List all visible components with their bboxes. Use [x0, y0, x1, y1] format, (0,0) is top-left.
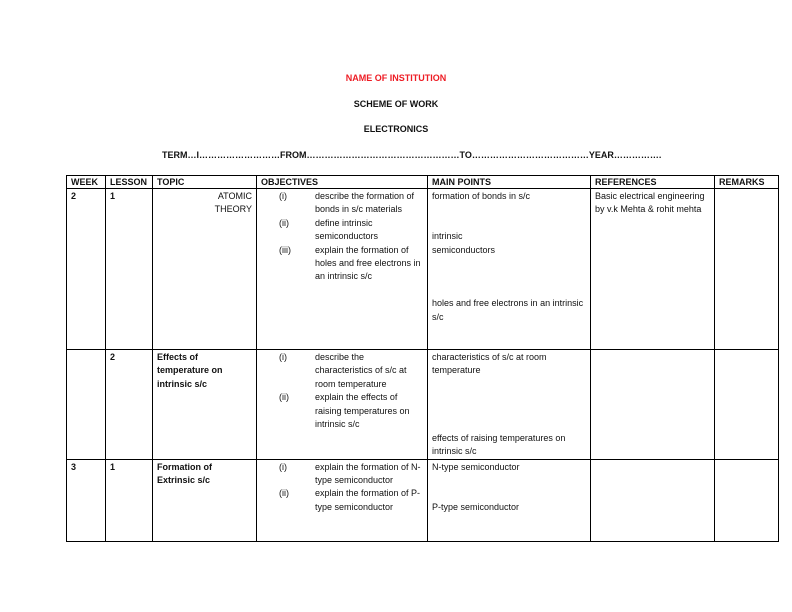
col-topic: TOPIC — [153, 176, 257, 189]
objective-text: explain the effects of raising temperatu… — [315, 391, 423, 431]
main-points-cell: characteristics of s/c at room temperatu… — [428, 350, 591, 460]
remarks-cell — [715, 459, 779, 541]
topic-cell: Formation of Extrinsic s/c — [153, 459, 257, 541]
objective-text: define intrinsic semiconductors — [315, 217, 423, 244]
objective-item: (ii)define intrinsic semiconductors — [261, 217, 423, 244]
col-main-points: MAIN POINTS — [428, 176, 591, 189]
table-header-row: WEEK LESSON TOPIC OBJECTIVES MAIN POINTS… — [67, 176, 779, 189]
objective-item: (i)explain the formation of N-type semic… — [261, 461, 423, 488]
lesson-cell: 1 — [106, 189, 153, 350]
objective-number: (ii) — [261, 391, 315, 431]
col-remarks: REMARKS — [715, 176, 779, 189]
references-cell — [591, 350, 715, 460]
document-title: SCHEME OF WORK — [0, 99, 792, 109]
lesson-cell: 1 — [106, 459, 153, 541]
objective-text: describe the characteristics of s/c at r… — [315, 351, 423, 391]
week-cell: 3 — [67, 459, 106, 541]
objective-text: explain the formation of holes and free … — [315, 244, 423, 284]
objective-item: (ii)explain the formation of P-type semi… — [261, 487, 423, 514]
objectives-cell: (i)describe the formation of bonds in s/… — [257, 189, 428, 350]
objective-number: (i) — [261, 190, 315, 217]
main-point: effects of raising temperatures on intri… — [432, 432, 586, 459]
main-point: formation of bonds in s/c — [432, 190, 586, 203]
objective-number: (i) — [261, 461, 315, 488]
week-cell — [67, 350, 106, 460]
main-points-cell: N-type semiconductor P-type semiconducto… — [428, 459, 591, 541]
main-point: N-type semiconductor — [432, 461, 586, 474]
references-cell: Basic electrical engineering by v.k Meht… — [591, 189, 715, 350]
topic-text: ATOMIC THEORY — [157, 190, 252, 217]
term-line: TERM…I………………………FROM……………………………………………TO……… — [162, 150, 661, 160]
main-point: characteristics of s/c at room temperatu… — [432, 351, 586, 378]
week-cell: 2 — [67, 189, 106, 350]
objective-item: (ii)explain the effects of raising tempe… — [261, 391, 423, 431]
main-point: holes and free electrons in an intrinsic… — [432, 297, 586, 324]
objective-text: explain the formation of N-type semicond… — [315, 461, 423, 488]
objectives-cell: (i)explain the formation of N-type semic… — [257, 459, 428, 541]
references-cell — [591, 459, 715, 541]
objective-item: (i)describe the formation of bonds in s/… — [261, 190, 423, 217]
col-references: REFERENCES — [591, 176, 715, 189]
remarks-cell — [715, 350, 779, 460]
col-objectives: OBJECTIVES — [257, 176, 428, 189]
objective-text: describe the formation of bonds in s/c m… — [315, 190, 423, 217]
objectives-cell: (i)describe the characteristics of s/c a… — [257, 350, 428, 460]
objective-number: (ii) — [261, 487, 315, 514]
institution-name: NAME OF INSTITUTION — [0, 73, 792, 83]
main-points-cell: formation of bonds in s/c intrinsic semi… — [428, 189, 591, 350]
col-week: WEEK — [67, 176, 106, 189]
objective-text: explain the formation of P-type semicond… — [315, 487, 423, 514]
objective-number: (i) — [261, 351, 315, 391]
col-lesson: LESSON — [106, 176, 153, 189]
remarks-cell — [715, 189, 779, 350]
objective-number: (iii) — [261, 244, 315, 284]
lesson-cell: 2 — [106, 350, 153, 460]
objective-item: (iii)explain the formation of holes and … — [261, 244, 423, 284]
main-point: P-type semiconductor — [432, 501, 586, 514]
objective-item: (i)describe the characteristics of s/c a… — [261, 351, 423, 391]
table-row: 3 1 Formation of Extrinsic s/c (i)explai… — [67, 459, 779, 541]
table-row: 2 Effects of temperature on intrinsic s/… — [67, 350, 779, 460]
scheme-table: WEEK LESSON TOPIC OBJECTIVES MAIN POINTS… — [66, 175, 779, 542]
topic-cell: ATOMIC THEORY — [153, 189, 257, 350]
objective-number: (ii) — [261, 217, 315, 244]
topic-cell: Effects of temperature on intrinsic s/c — [153, 350, 257, 460]
table-row: 2 1 ATOMIC THEORY (i)describe the format… — [67, 189, 779, 350]
subject-title: ELECTRONICS — [0, 124, 792, 134]
main-point: intrinsic semiconductors — [432, 230, 512, 257]
